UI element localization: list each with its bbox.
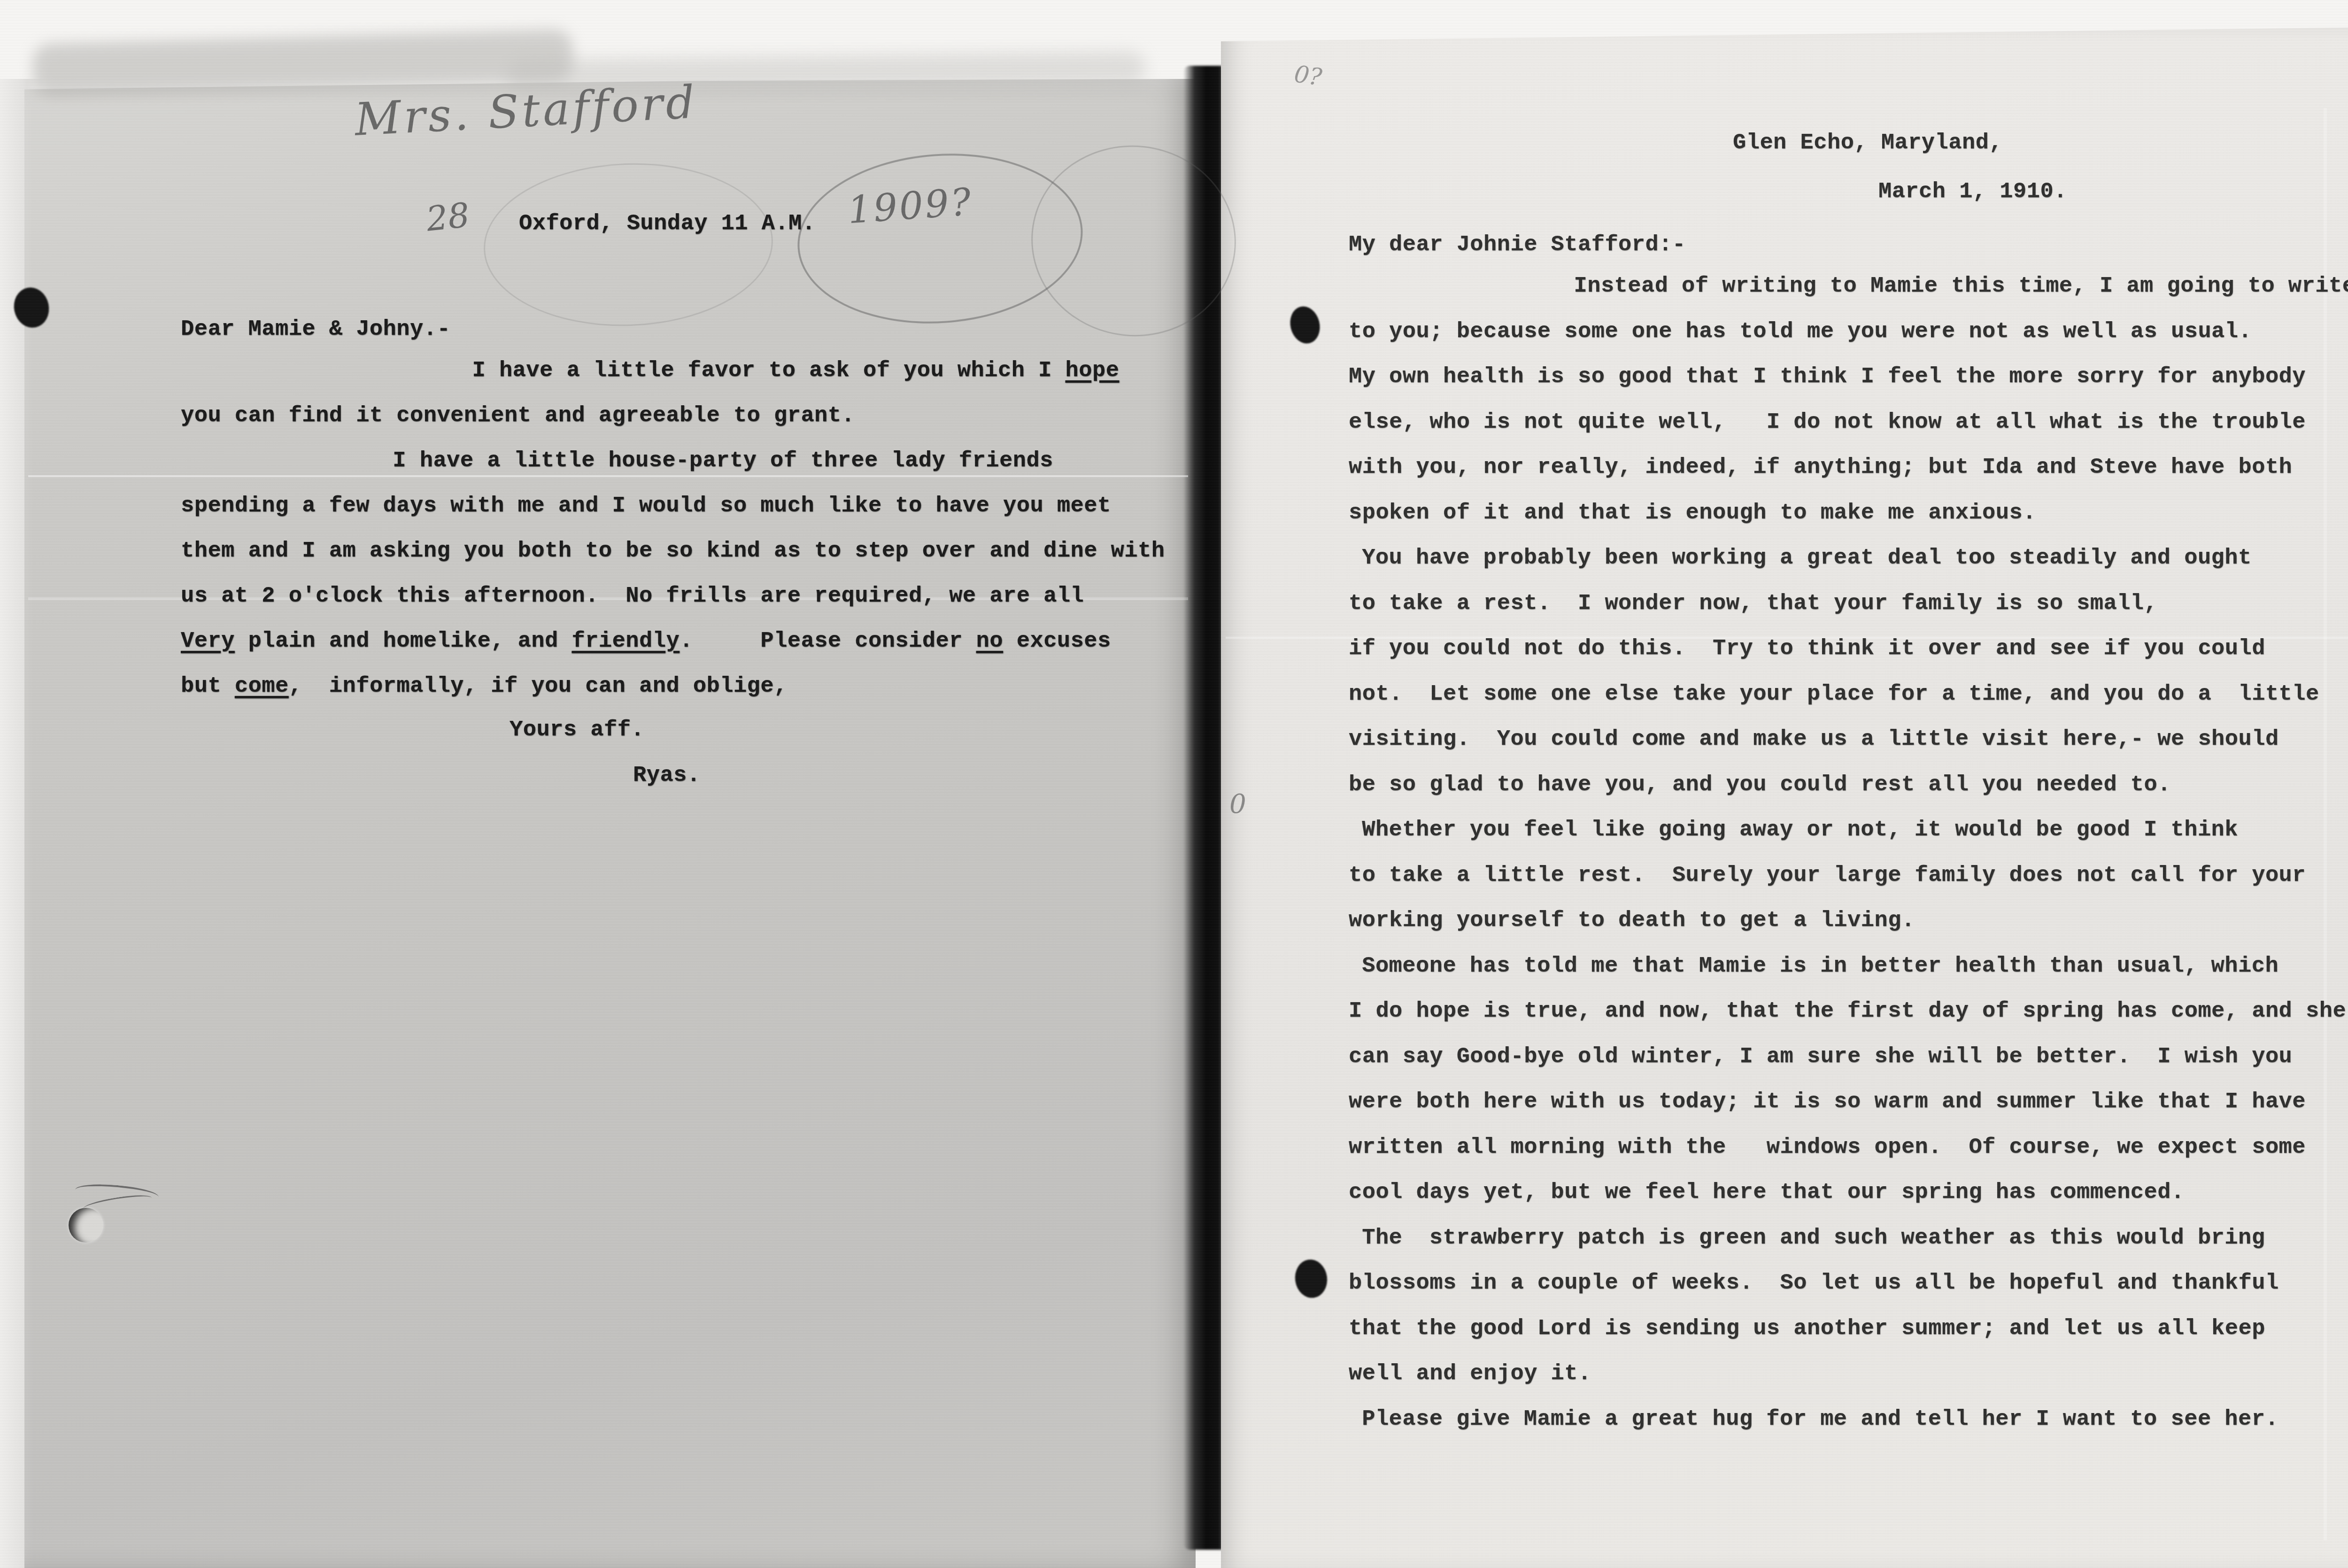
typed-text: cool days yet, but we feel here that our… (1349, 1180, 2185, 1205)
typed-text: I have a little favor to ask of you whic… (472, 358, 1066, 383)
typed-text: Whether you feel like going away or not,… (1362, 818, 2238, 842)
typed-line: with you, nor really, indeed, if anythin… (1349, 445, 2348, 491)
typed-line: but come, informally, if you can and obl… (181, 664, 1165, 709)
typed-line: were both here with us today; it is so w… (1349, 1080, 2348, 1125)
typed-line: to take a rest. I wonder now, that your … (1349, 581, 2348, 627)
typed-text: to take a rest. I wonder now, that your … (1349, 591, 2157, 616)
typed-text: working yourself to death to get a livin… (1349, 908, 1915, 933)
typed-line: blossoms in a couple of weeks. So let us… (1349, 1261, 2348, 1306)
right-letter-date-line: March 1, 1910. (1878, 179, 2067, 204)
left-letter-signature: Ryas. (633, 763, 701, 788)
underlined-word: friendly (572, 629, 680, 654)
right-letter-body: Instead of writing to Mamie this time, I… (1349, 264, 2348, 1442)
typed-text: I do hope is true, and now, that the fir… (1349, 999, 2346, 1024)
typed-line: you can find it convenient and agreeable… (181, 394, 1165, 439)
scanned-document: Mrs. Stafford 28 1909? Oxford, Sunday 11… (0, 0, 2348, 1568)
typed-line: them and I am asking you both to be so k… (181, 529, 1165, 574)
typed-line: written all morning with the windows ope… (1349, 1125, 2348, 1171)
typed-line: us at 2 o'clock this afternoon. No frill… (181, 574, 1165, 619)
left-letter-body: I have a little favor to ask of you whic… (181, 348, 1165, 709)
underlined-word: come (235, 674, 289, 699)
typed-line: to you; because some one has told me you… (1349, 309, 2348, 355)
typed-line: well and enjoy it. (1349, 1352, 2348, 1397)
right-letter-place-line: Glen Echo, Maryland, (1733, 131, 2002, 155)
typed-text: The strawberry patch is green and such w… (1362, 1226, 2265, 1251)
typed-text: well and enjoy it. (1349, 1361, 1591, 1386)
handwritten-corner-mark: 0? (1292, 60, 1323, 91)
typed-line: Whether you feel like going away or not,… (1349, 808, 2348, 853)
typed-text: blossoms in a couple of weeks. So let us… (1349, 1271, 2279, 1296)
handwritten-page-number: 28 (425, 195, 471, 239)
typed-line: cool days yet, but we feel here that our… (1349, 1170, 2348, 1216)
typed-text: written all morning with the windows ope… (1349, 1135, 2306, 1160)
typed-line: else, who is not quite well, I do not kn… (1349, 400, 2348, 446)
typed-line: I have a little favor to ask of you whic… (181, 348, 1165, 394)
left-letter-dateline: Oxford, Sunday 11 A.M. (519, 211, 816, 236)
typed-line: if you could not do this. Try to think i… (1349, 626, 2348, 672)
typed-text: can say Good-bye old winter, I am sure s… (1349, 1044, 2292, 1069)
typed-line: Someone has told me that Mamie is in bet… (1349, 944, 2348, 989)
typed-line: to take a little rest. Surely your large… (1349, 853, 2348, 899)
underlined-word: hope (1066, 358, 1120, 383)
underlined-word: Very (181, 629, 235, 654)
typed-text: visiting. You could come and make us a l… (1349, 727, 2279, 752)
typed-line: spending a few days with me and I would … (181, 484, 1165, 529)
typed-line: You have probably been working a great d… (1349, 536, 2348, 581)
typed-text: I have a little house-party of three lad… (393, 448, 1053, 473)
typed-text: else, who is not quite well, I do not kn… (1349, 410, 2306, 435)
typed-line: I have a little house-party of three lad… (181, 439, 1165, 484)
left-letter-salutation: Dear Mamie & Johny.- (181, 317, 450, 342)
typed-text: plain and homelike, and (235, 629, 572, 654)
typed-text: . Please consider (680, 629, 976, 654)
handwritten-year-note: 1909? (846, 180, 974, 232)
typed-text: excuses (1003, 629, 1111, 654)
typed-text: with you, nor really, indeed, if anythin… (1349, 455, 2292, 480)
typed-line: not. Let some one else take your place f… (1349, 672, 2348, 718)
typed-text: , informally, if you can and oblige, (289, 674, 788, 699)
right-letter-salutation: My dear Johnie Stafford:- (1349, 232, 1686, 257)
typed-line: My own health is so good that I think I … (1349, 355, 2348, 400)
typed-line: Please give Mamie a great hug for me and… (1349, 1397, 2348, 1443)
typed-text: to you; because some one has told me you… (1349, 319, 2252, 344)
left-letter-closing: Yours aff. (510, 718, 644, 742)
typed-text: not. Let some one else take your place f… (1349, 682, 2319, 707)
typed-line: working yourself to death to get a livin… (1349, 898, 2348, 944)
handwritten-margin-mark: 0 (1229, 789, 1246, 819)
typed-text: Someone has told me that Mamie is in bet… (1362, 954, 2278, 979)
typed-text: were both here with us today; it is so w… (1349, 1089, 2306, 1114)
underlined-word: no (976, 629, 1003, 654)
typed-line: The strawberry patch is green and such w… (1349, 1216, 2348, 1261)
typed-text: spending a few days with me and I would … (181, 494, 1111, 518)
typed-text: if you could not do this. Try to think i… (1349, 636, 2265, 661)
punch-hole (69, 1208, 103, 1243)
typed-text: You have probably been working a great d… (1362, 546, 2252, 571)
typed-text: to take a little rest. Surely your large… (1349, 863, 2306, 888)
typed-line: visiting. You could come and make us a l… (1349, 717, 2348, 763)
typed-text: us at 2 o'clock this afternoon. No frill… (181, 584, 1084, 609)
typed-line: that the good Lord is sending us another… (1349, 1306, 2348, 1352)
typed-text: you can find it convenient and agreeable… (181, 403, 855, 428)
typed-text: My own health is so good that I think I … (1349, 364, 2306, 389)
typed-text: that the good Lord is sending us another… (1349, 1316, 2265, 1341)
typed-text: but (181, 674, 235, 699)
typed-line: be so glad to have you, and you could re… (1349, 763, 2348, 808)
typed-line: I do hope is true, and now, that the fir… (1349, 989, 2348, 1035)
typed-line: Instead of writing to Mamie this time, I… (1349, 264, 2348, 309)
typed-text: be so glad to have you, and you could re… (1349, 772, 2171, 797)
typed-line: spoken of it and that is enough to make … (1349, 491, 2348, 536)
typed-line: can say Good-bye old winter, I am sure s… (1349, 1035, 2348, 1080)
typed-text: Instead of writing to Mamie this time, I… (1574, 274, 2348, 299)
typed-line: Very plain and homelike, and friendly. P… (181, 619, 1165, 664)
typed-text: them and I am asking you both to be so k… (181, 539, 1165, 564)
typed-text: Please give Mamie a great hug for me and… (1362, 1407, 2278, 1432)
typed-text: spoken of it and that is enough to make … (1349, 501, 2036, 525)
